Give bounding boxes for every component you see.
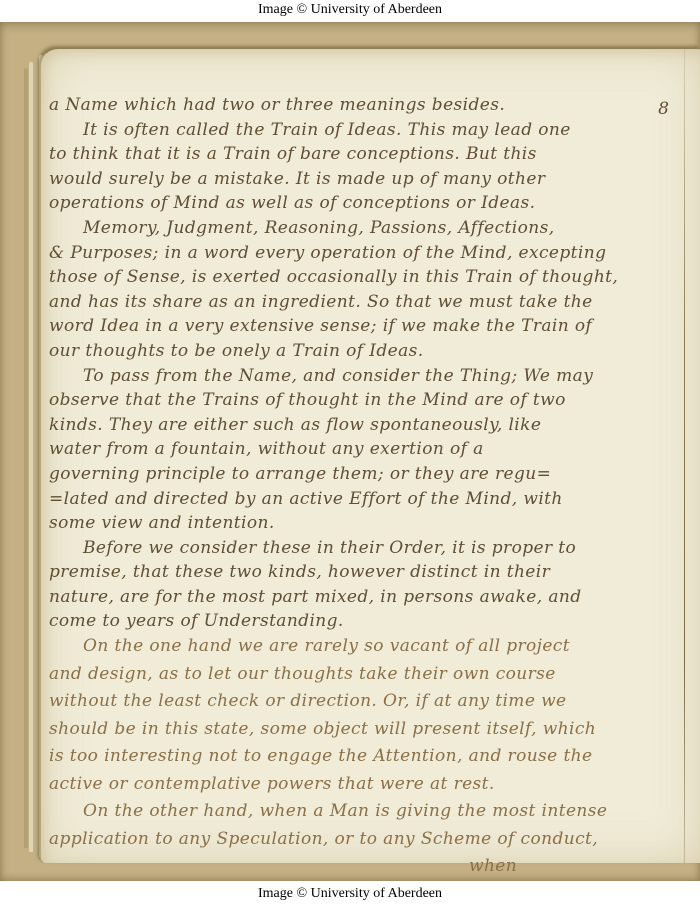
manuscript-line: and has its share as an ingredient. So t… bbox=[49, 292, 697, 317]
manuscript-line: to think that it is a Train of bare conc… bbox=[49, 144, 697, 169]
manuscript-line: is too interesting not to engage the Att… bbox=[49, 746, 697, 774]
manuscript-line: premise, that these two kinds, however d… bbox=[49, 562, 697, 587]
manuscript-line: kinds. They are either such as flow spon… bbox=[49, 415, 697, 440]
manuscript-line: To pass from the Name, and consider the … bbox=[49, 366, 697, 391]
manuscript-line: observe that the Trains of thought in th… bbox=[49, 390, 697, 415]
manuscript-line: active or contemplative powers that were… bbox=[49, 774, 697, 802]
manuscript-paragraphs-lower: On the one hand we are rarely so vacant … bbox=[49, 636, 697, 881]
manuscript-line: a Name which had two or three meanings b… bbox=[49, 95, 697, 120]
manuscript-line: application to any Speculation, or to an… bbox=[49, 829, 697, 857]
copyright-caption-bottom: Image © University of Aberdeen bbox=[0, 886, 700, 902]
manuscript-line: governing principle to arrange them; or … bbox=[49, 464, 697, 489]
manuscript-line: water from a fountain, without any exert… bbox=[49, 439, 697, 464]
manuscript-line: without the least check or direction. Or… bbox=[49, 691, 697, 719]
manuscript-line: On the one hand we are rarely so vacant … bbox=[49, 636, 697, 664]
manuscript-text: a Name which had two or three meanings b… bbox=[49, 95, 697, 881]
manuscript-line: nature, are for the most part mixed, in … bbox=[49, 587, 697, 612]
manuscript-line: would surely be a mistake. It is made up… bbox=[49, 169, 697, 194]
manuscript-photo: 8 a Name which had two or three meanings… bbox=[0, 22, 700, 881]
manuscript-line: Memory, Judgment, Reasoning, Passions, A… bbox=[49, 218, 697, 243]
manuscript-line: and design, as to let our thoughts take … bbox=[49, 664, 697, 692]
manuscript-line: some view and intention. bbox=[49, 513, 697, 538]
catchword: when bbox=[49, 856, 697, 881]
manuscript-line: Before we consider these in their Order,… bbox=[49, 538, 697, 563]
manuscript-line: & Purposes; in a word every operation of… bbox=[49, 243, 697, 268]
manuscript-line: our thoughts to be onely a Train of Idea… bbox=[49, 341, 697, 366]
manuscript-line: word Idea in a very extensive sense; if … bbox=[49, 316, 697, 341]
manuscript-line: should be in this state, some object wil… bbox=[49, 719, 697, 747]
copyright-caption-top: Image © University of Aberdeen bbox=[0, 2, 700, 18]
manuscript-page: 8 a Name which had two or three meanings… bbox=[40, 48, 700, 863]
manuscript-line: It is often called the Train of Ideas. T… bbox=[49, 120, 697, 145]
manuscript-line: On the other hand, when a Man is giving … bbox=[49, 801, 697, 829]
manuscript-line: those of Sense, is exerted occasionally … bbox=[49, 267, 697, 292]
manuscript-line: operations of Mind as well as of concept… bbox=[49, 193, 697, 218]
manuscript-paragraphs-upper: a Name which had two or three meanings b… bbox=[49, 95, 697, 636]
manuscript-line: come to years of Understanding. bbox=[49, 611, 697, 636]
manuscript-line: =lated and directed by an active Effort … bbox=[49, 489, 697, 514]
